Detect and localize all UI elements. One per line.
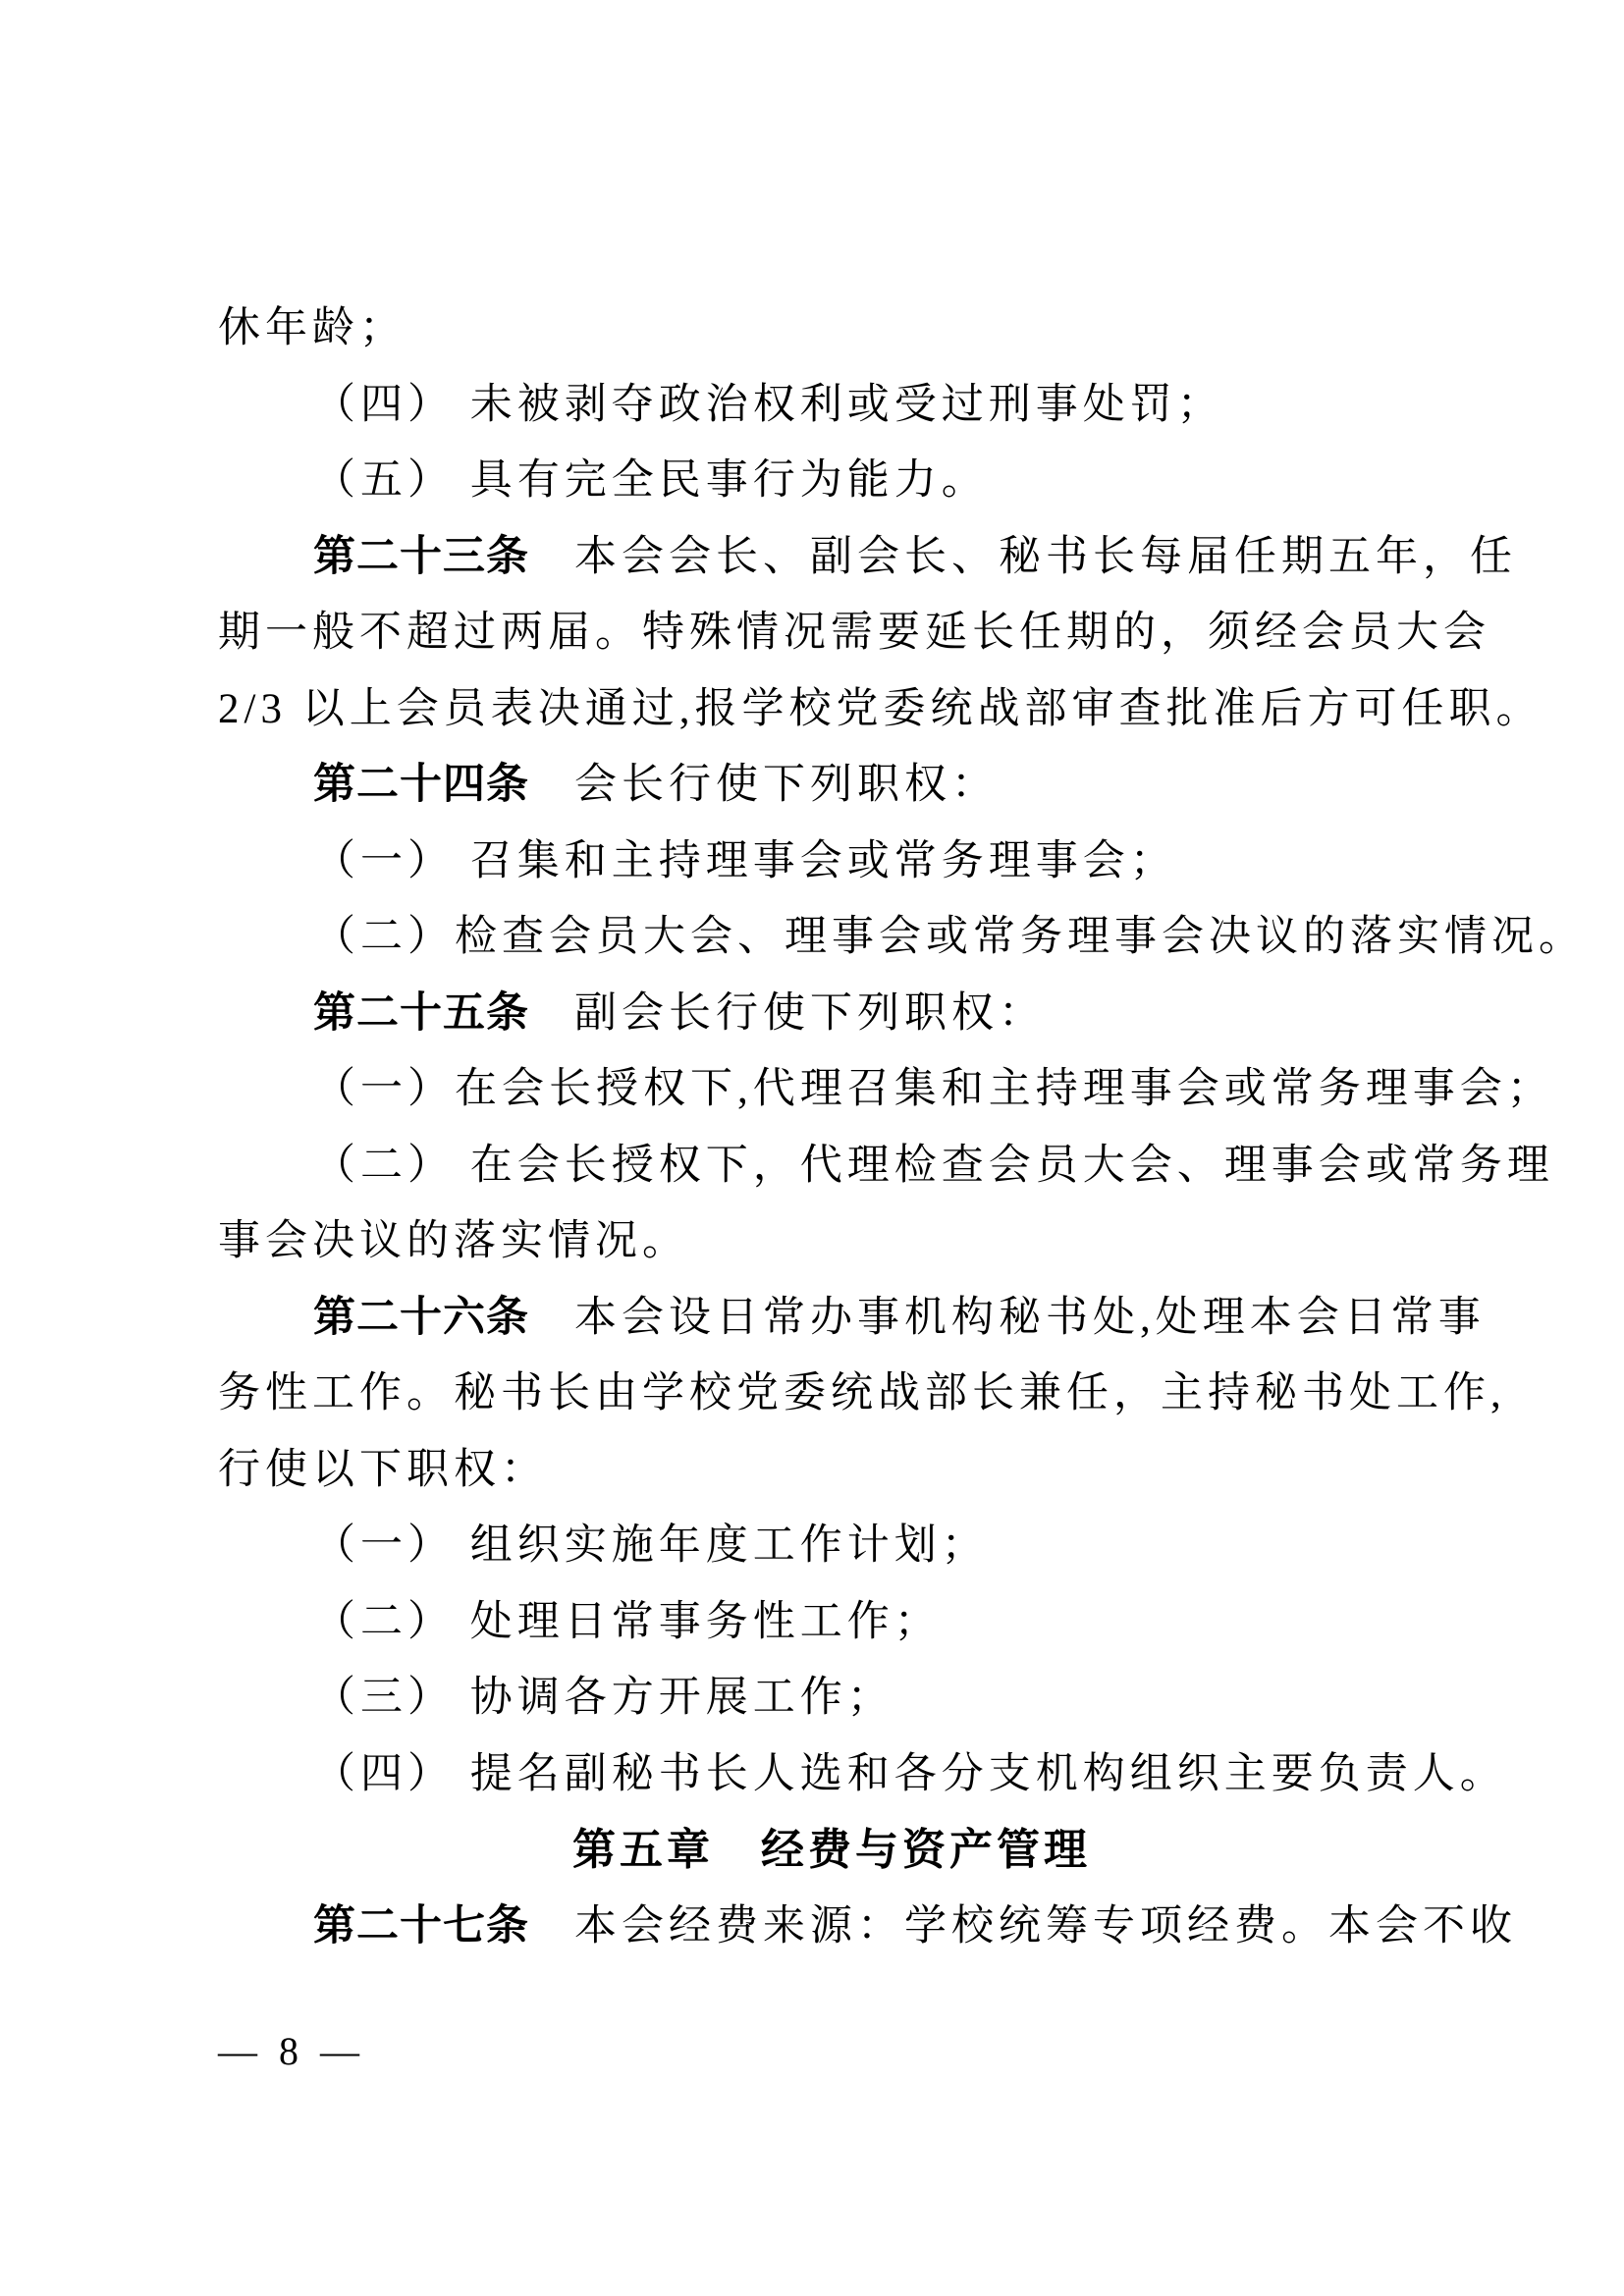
- line-text: （四） 提名副秘书长人选和各分支机构组织主要负责人。: [313, 1751, 1507, 1797]
- text-line: 2/3 以上会员表决通过,报学校党委统战部审查批准后方可任职。: [218, 671, 1445, 748]
- text-line: （一）在会长授权下,代理召集和主持理事会或常务理事会；: [218, 1051, 1445, 1128]
- text-line: （二） 处理日常事务性工作；: [218, 1584, 1445, 1661]
- line-text: 事会决议的落实情况。: [218, 1218, 689, 1264]
- text-line: 第二十七条本会经费来源：学校统筹专项经费。本会不收: [218, 1889, 1445, 1965]
- line-text: 期一般不超过两届。特殊情况需要延长任期的，须经会员大会: [218, 610, 1490, 656]
- text-line: （一） 组织实施年度工作计划；: [218, 1508, 1445, 1584]
- line-text: 休年龄；: [218, 305, 406, 351]
- line-text: 行使以下职权：: [218, 1447, 548, 1493]
- article-number: 第二十六条: [313, 1294, 529, 1341]
- text-line: 休年龄；: [218, 291, 1445, 367]
- line-text: 本会经费来源：学校统筹专项经费。本会不收: [574, 1903, 1517, 1949]
- line-text: 本会会长、副会长、秘书长每届任期五年，任: [574, 534, 1517, 580]
- text-line: 第二十三条本会会长、副会长、秘书长每届任期五年，任: [218, 519, 1445, 596]
- line-text: 会长行使下列职权：: [574, 762, 999, 808]
- article-number: 第二十四条: [313, 761, 529, 808]
- line-text: （三） 协调各方开展工作；: [313, 1675, 894, 1721]
- text-line: （二）检查会员大会、理事会或常务理事会决议的落实情况。: [218, 899, 1445, 976]
- line-text: 第五章 经费与资产管理: [572, 1826, 1091, 1874]
- text-line: 期一般不超过两届。特殊情况需要延长任期的，须经会员大会: [218, 595, 1445, 671]
- line-text: 副会长行使下列职权：: [574, 990, 1046, 1037]
- text-line: 行使以下职权：: [218, 1432, 1445, 1509]
- article-number: 第二十三条: [313, 533, 529, 580]
- line-text: （四） 未被剥夺政治权利或受过刑事处罚；: [313, 382, 1224, 428]
- text-line: 务性工作。秘书长由学校党委统战部长兼任，主持秘书处工作,: [218, 1356, 1445, 1432]
- text-line: 第二十六条本会设日常办事机构秘书处,处理本会日常事: [218, 1280, 1445, 1357]
- line-text: （一） 召集和主持理事会或常务理事会；: [313, 838, 1177, 884]
- line-text: （一） 组织实施年度工作计划；: [313, 1522, 989, 1569]
- line-text: 2/3 以上会员表决通过,报学校党委统战部审查批准后方可任职。: [218, 686, 1543, 732]
- line-text: 本会设日常办事机构秘书处,处理本会日常事: [574, 1295, 1486, 1341]
- text-line: （四） 提名副秘书长人选和各分支机构组织主要负责人。: [218, 1736, 1445, 1813]
- line-text: 务性工作。秘书长由学校党委统战部长兼任，主持秘书处工作,: [218, 1370, 1506, 1416]
- line-text: （二）检查会员大会、理事会或常务理事会决议的落实情况。: [313, 914, 1586, 960]
- text-line: 第二十五条副会长行使下列职权：: [218, 976, 1445, 1052]
- page-number: — 8 —: [218, 2029, 365, 2073]
- article-number: 第二十七条: [313, 1902, 529, 1949]
- text-line: 第二十四条会长行使下列职权：: [218, 747, 1445, 824]
- text-line: （三） 协调各方开展工作；: [218, 1660, 1445, 1736]
- text-line: （二） 在会长授权下，代理检查会员大会、理事会或常务理: [218, 1128, 1445, 1204]
- document-page: 休年龄；（四） 未被剥夺政治权利或受过刑事处罚；（五） 具有完全民事行为能力。第…: [0, 0, 1624, 2296]
- text-line: （四） 未被剥夺政治权利或受过刑事处罚；: [218, 367, 1445, 444]
- document-body: 休年龄；（四） 未被剥夺政治权利或受过刑事处罚；（五） 具有完全民事行为能力。第…: [218, 291, 1445, 1964]
- article-number: 第二十五条: [313, 989, 529, 1037]
- line-text: （二） 处理日常事务性工作；: [313, 1599, 942, 1645]
- text-line: （一） 召集和主持理事会或常务理事会；: [218, 824, 1445, 900]
- chapter-heading: 第五章 经费与资产管理: [218, 1812, 1445, 1889]
- line-text: （五） 具有完全民事行为能力。: [313, 457, 989, 504]
- line-text: （二） 在会长授权下，代理检查会员大会、理事会或常务理: [313, 1143, 1554, 1189]
- text-line: 事会决议的落实情况。: [218, 1203, 1445, 1280]
- page-footer: — 8 —: [218, 2028, 365, 2074]
- line-text: （一）在会长授权下,代理召集和主持理事会或常务理事会；: [313, 1066, 1554, 1112]
- text-line: （五） 具有完全民事行为能力。: [218, 443, 1445, 519]
